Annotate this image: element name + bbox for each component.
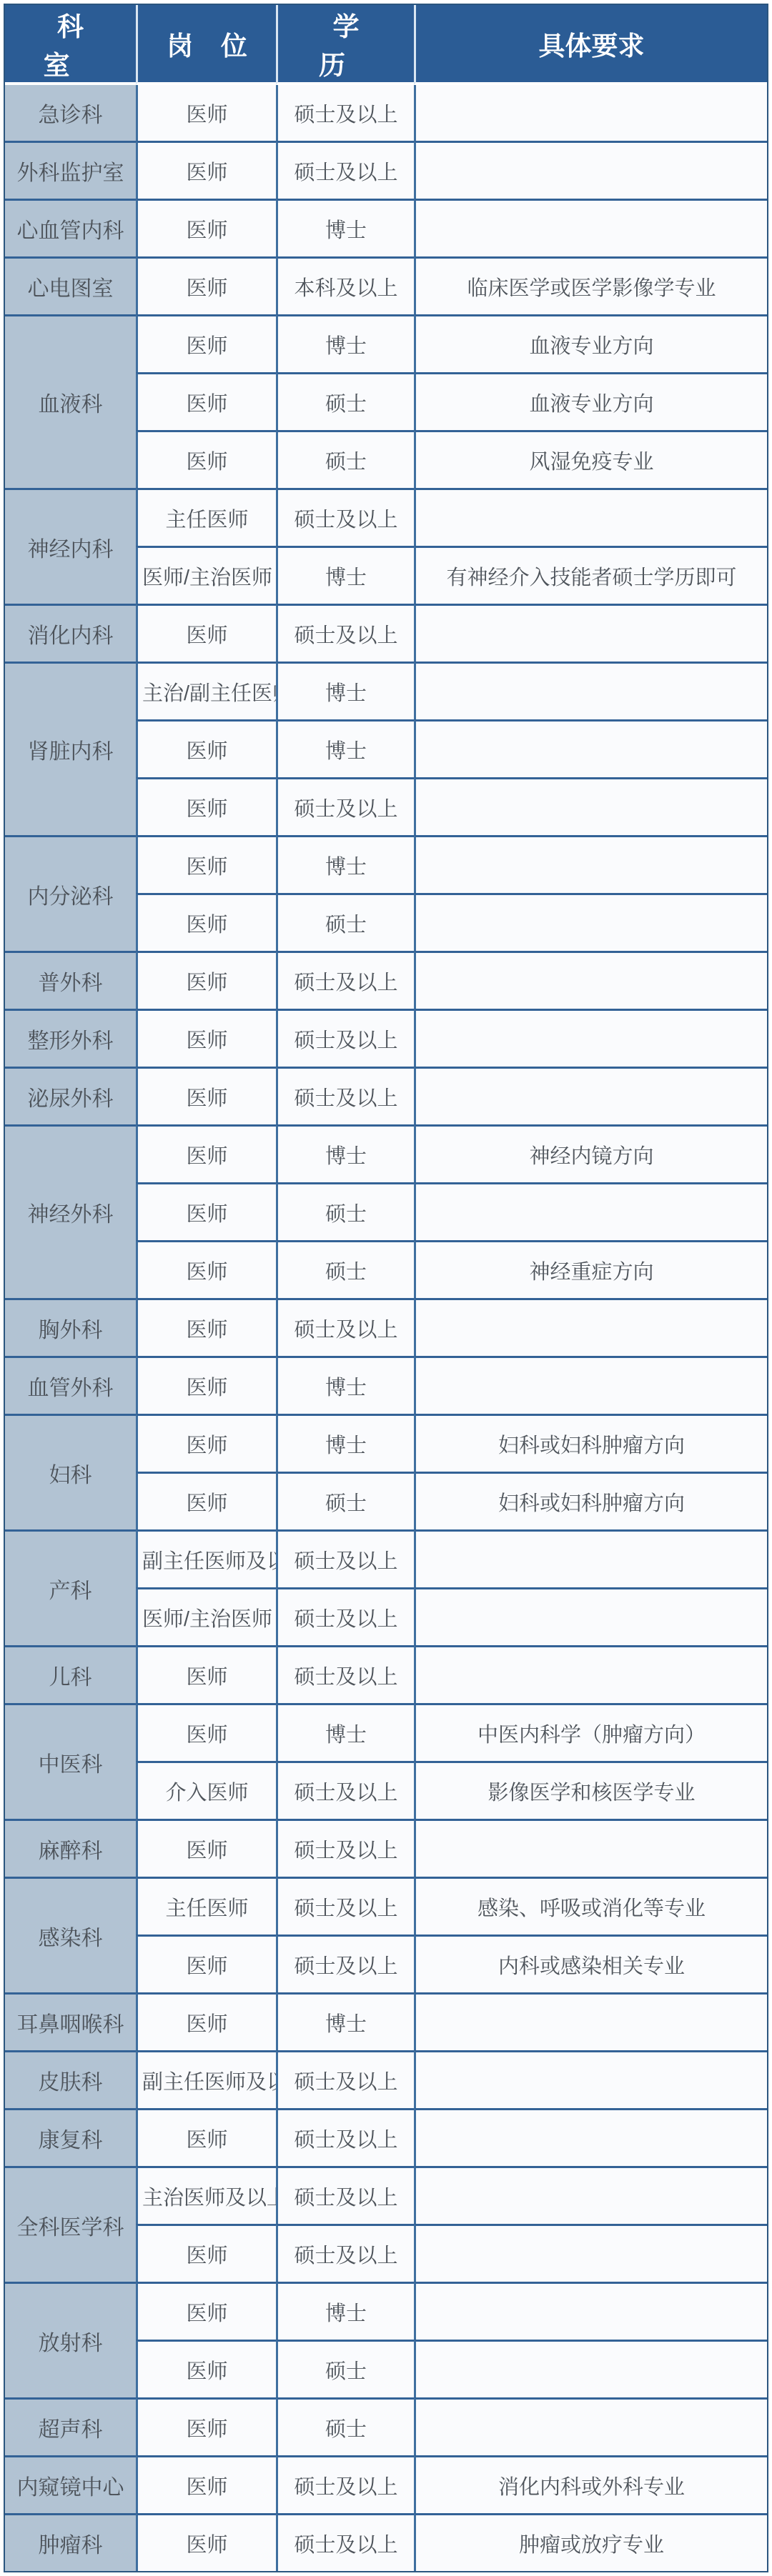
position-cell: 副主任医师及以上	[136, 1529, 276, 1587]
table-row: 神经内科主任医师硕士及以上	[5, 488, 767, 546]
table-header: 科室 岗位 学历 具体要求	[5, 5, 767, 85]
table-row: 感染科主任医师硕士及以上感染、呼吸或消化等专业	[5, 1877, 767, 1935]
degree-cell: 硕士及以上	[276, 1298, 414, 1356]
requirement-cell: 妇科或妇科肿瘤方向	[414, 1472, 767, 1529]
degree-cell: 硕士及以上	[276, 1067, 414, 1124]
requirement-cell	[414, 1992, 767, 2050]
table-row: 内分泌科医师博士	[5, 835, 767, 893]
header-department: 科室	[5, 5, 136, 85]
department-cell: 神经外科	[5, 1124, 136, 1298]
position-cell: 医师	[136, 893, 276, 951]
degree-cell: 硕士及以上	[276, 951, 414, 1009]
table-row: 麻醉科医师硕士及以上	[5, 1819, 767, 1877]
requirement-cell	[414, 2108, 767, 2166]
department-cell: 肾脏内科	[5, 662, 136, 835]
requirement-cell	[414, 85, 767, 141]
degree-cell: 博士	[276, 1356, 414, 1414]
table-row: 妇科医师博士妇科或妇科肿瘤方向	[5, 1414, 767, 1472]
department-cell: 康复科	[5, 2108, 136, 2166]
degree-cell: 硕士及以上	[276, 488, 414, 546]
requirement-cell	[414, 1009, 767, 1067]
position-cell: 医师	[136, 256, 276, 314]
degree-cell: 硕士及以上	[276, 1877, 414, 1935]
table-row: 消化内科医师硕士及以上	[5, 604, 767, 662]
position-cell: 医师	[136, 1645, 276, 1703]
degree-cell: 硕士及以上	[276, 2513, 414, 2571]
position-cell: 医师	[136, 314, 276, 372]
requirement-cell: 神经重症方向	[414, 1240, 767, 1298]
position-cell: 医师	[136, 1472, 276, 1529]
table-row: 儿科医师硕士及以上	[5, 1645, 767, 1703]
degree-cell: 硕士及以上	[276, 2050, 414, 2108]
position-cell: 医师	[136, 835, 276, 893]
requirement-cell	[414, 662, 767, 719]
requirement-cell: 内科或感染相关专业	[414, 1935, 767, 1992]
position-cell: 医师	[136, 141, 276, 199]
requirement-cell	[414, 719, 767, 777]
requirement-cell	[414, 1182, 767, 1240]
requirement-cell: 血液专业方向	[414, 372, 767, 430]
requirement-cell: 消化内科或外科专业	[414, 2455, 767, 2513]
table-row: 皮肤科副主任医师及以上硕士及以上	[5, 2050, 767, 2108]
position-cell: 医师	[136, 2108, 276, 2166]
position-cell: 主任医师	[136, 1877, 276, 1935]
position-cell: 医师	[136, 1414, 276, 1472]
header-requirement: 具体要求	[414, 5, 767, 85]
requirement-cell	[414, 1645, 767, 1703]
table-row: 放射科医师博士	[5, 2282, 767, 2340]
position-cell: 医师	[136, 1067, 276, 1124]
table-row: 全科医学科主治医师及以上硕士及以上	[5, 2166, 767, 2224]
requirement-cell	[414, 1356, 767, 1414]
position-cell: 医师	[136, 604, 276, 662]
degree-cell: 博士	[276, 662, 414, 719]
degree-cell: 博士	[276, 2282, 414, 2340]
degree-cell: 硕士及以上	[276, 1761, 414, 1819]
degree-cell: 博士	[276, 546, 414, 604]
position-cell: 医师	[136, 2282, 276, 2340]
department-cell: 肿瘤科	[5, 2513, 136, 2571]
table-row: 神经外科医师博士神经内镜方向	[5, 1124, 767, 1182]
position-cell: 医师	[136, 2513, 276, 2571]
position-cell: 医师	[136, 2455, 276, 2513]
department-cell: 消化内科	[5, 604, 136, 662]
requirement-cell	[414, 604, 767, 662]
table-row: 产科副主任医师及以上硕士及以上	[5, 1529, 767, 1587]
degree-cell: 博士	[276, 835, 414, 893]
degree-cell: 博士	[276, 314, 414, 372]
position-cell: 主治/副主任医师	[136, 662, 276, 719]
degree-cell: 博士	[276, 1124, 414, 1182]
degree-cell: 硕士及以上	[276, 1587, 414, 1645]
department-cell: 血液科	[5, 314, 136, 488]
requirement-cell: 临床医学或医学影像学专业	[414, 256, 767, 314]
requirement-cell: 有神经介入技能者硕士学历即可	[414, 546, 767, 604]
position-cell: 主治医师及以上	[136, 2166, 276, 2224]
header-position: 岗位	[136, 5, 276, 85]
position-cell: 医师	[136, 777, 276, 835]
department-cell: 放射科	[5, 2282, 136, 2397]
degree-cell: 硕士及以上	[276, 2224, 414, 2282]
degree-cell: 硕士及以上	[276, 604, 414, 662]
degree-cell: 博士	[276, 1992, 414, 2050]
position-cell: 医师	[136, 1819, 276, 1877]
requirement-cell	[414, 777, 767, 835]
degree-cell: 硕士及以上	[276, 2455, 414, 2513]
department-cell: 神经内科	[5, 488, 136, 604]
table-row: 整形外科医师硕士及以上	[5, 1009, 767, 1067]
department-cell: 急诊科	[5, 85, 136, 141]
requirement-cell: 神经内镜方向	[414, 1124, 767, 1182]
degree-cell: 博士	[276, 1703, 414, 1761]
degree-cell: 硕士	[276, 893, 414, 951]
requirement-cell	[414, 893, 767, 951]
requirement-cell: 中医内科学（肿瘤方向）	[414, 1703, 767, 1761]
degree-cell: 硕士及以上	[276, 2166, 414, 2224]
degree-cell: 硕士及以上	[276, 1935, 414, 1992]
position-cell: 医师	[136, 2224, 276, 2282]
header-degree: 学历	[276, 5, 414, 85]
requirement-cell: 肿瘤或放疗专业	[414, 2513, 767, 2571]
position-cell: 医师	[136, 1356, 276, 1414]
position-cell: 副主任医师及以上	[136, 2050, 276, 2108]
table-row: 普外科医师硕士及以上	[5, 951, 767, 1009]
position-cell: 医师/主治医师	[136, 546, 276, 604]
degree-cell: 硕士及以上	[276, 85, 414, 141]
degree-cell: 硕士及以上	[276, 1009, 414, 1067]
position-cell: 医师	[136, 2340, 276, 2397]
department-cell: 耳鼻咽喉科	[5, 1992, 136, 2050]
department-cell: 皮肤科	[5, 2050, 136, 2108]
table-row: 心电图室医师本科及以上临床医学或医学影像学专业	[5, 256, 767, 314]
department-cell: 全科医学科	[5, 2166, 136, 2282]
table-body: 急诊科医师硕士及以上外科监护室医师硕士及以上心血管内科医师博士心电图室医师本科及…	[5, 85, 767, 2571]
table-row: 康复科医师硕士及以上	[5, 2108, 767, 2166]
position-cell: 医师	[136, 1009, 276, 1067]
requirement-cell	[414, 488, 767, 546]
department-cell: 整形外科	[5, 1009, 136, 1067]
department-cell: 血管外科	[5, 1356, 136, 1414]
department-cell: 普外科	[5, 951, 136, 1009]
requirement-cell	[414, 1067, 767, 1124]
position-cell: 医师	[136, 1992, 276, 2050]
table-row: 肾脏内科主治/副主任医师博士	[5, 662, 767, 719]
position-cell: 医师	[136, 85, 276, 141]
recruitment-table: 科室 岗位 学历 具体要求 急诊科医师硕士及以上外科监护室医师硕士及以上心血管内…	[5, 5, 767, 2571]
requirement-cell	[414, 141, 767, 199]
requirement-cell	[414, 1587, 767, 1645]
recruitment-table-wrapper: 科室 岗位 学历 具体要求 急诊科医师硕士及以上外科监护室医师硕士及以上心血管内…	[4, 4, 768, 2572]
table-row: 胸外科医师硕士及以上	[5, 1298, 767, 1356]
requirement-cell	[414, 1529, 767, 1587]
degree-cell: 硕士及以上	[276, 1645, 414, 1703]
requirement-cell	[414, 1298, 767, 1356]
department-cell: 麻醉科	[5, 1819, 136, 1877]
department-cell: 儿科	[5, 1645, 136, 1703]
degree-cell: 硕士	[276, 2397, 414, 2455]
degree-cell: 硕士	[276, 1472, 414, 1529]
department-cell: 感染科	[5, 1877, 136, 1992]
position-cell: 医师	[136, 2397, 276, 2455]
department-cell: 超声科	[5, 2397, 136, 2455]
table-row: 肿瘤科医师硕士及以上肿瘤或放疗专业	[5, 2513, 767, 2571]
requirement-cell: 风湿免疫专业	[414, 430, 767, 488]
department-cell: 妇科	[5, 1414, 136, 1529]
degree-cell: 博士	[276, 1414, 414, 1472]
requirement-cell: 妇科或妇科肿瘤方向	[414, 1414, 767, 1472]
degree-cell: 博士	[276, 719, 414, 777]
position-cell: 医师	[136, 1703, 276, 1761]
position-cell: 医师	[136, 1124, 276, 1182]
department-cell: 胸外科	[5, 1298, 136, 1356]
degree-cell: 硕士及以上	[276, 1819, 414, 1877]
position-cell: 医师	[136, 951, 276, 1009]
department-cell: 泌尿外科	[5, 1067, 136, 1124]
department-cell: 内分泌科	[5, 835, 136, 951]
requirement-cell	[414, 2166, 767, 2224]
degree-cell: 硕士	[276, 1240, 414, 1298]
table-row: 心血管内科医师博士	[5, 199, 767, 256]
degree-cell: 硕士	[276, 1182, 414, 1240]
department-cell: 产科	[5, 1529, 136, 1645]
table-row: 内窥镜中心医师硕士及以上消化内科或外科专业	[5, 2455, 767, 2513]
requirement-cell	[414, 2397, 767, 2455]
degree-cell: 硕士及以上	[276, 777, 414, 835]
requirement-cell	[414, 2340, 767, 2397]
table-row: 超声科医师硕士	[5, 2397, 767, 2455]
degree-cell: 硕士	[276, 372, 414, 430]
position-cell: 医师	[136, 1935, 276, 1992]
requirement-cell	[414, 2224, 767, 2282]
department-cell: 中医科	[5, 1703, 136, 1819]
position-cell: 医师	[136, 1298, 276, 1356]
position-cell: 医师/主治医师	[136, 1587, 276, 1645]
requirement-cell	[414, 199, 767, 256]
position-cell: 医师	[136, 1240, 276, 1298]
department-cell: 内窥镜中心	[5, 2455, 136, 2513]
requirement-cell	[414, 2282, 767, 2340]
degree-cell: 硕士及以上	[276, 141, 414, 199]
degree-cell: 硕士	[276, 430, 414, 488]
requirement-cell	[414, 951, 767, 1009]
table-row: 泌尿外科医师硕士及以上	[5, 1067, 767, 1124]
requirement-cell	[414, 1819, 767, 1877]
department-cell: 心血管内科	[5, 199, 136, 256]
department-cell: 心电图室	[5, 256, 136, 314]
degree-cell: 硕士	[276, 2340, 414, 2397]
degree-cell: 博士	[276, 199, 414, 256]
table-row: 中医科医师博士中医内科学（肿瘤方向）	[5, 1703, 767, 1761]
position-cell: 医师	[136, 1182, 276, 1240]
table-row: 血液科医师博士血液专业方向	[5, 314, 767, 372]
position-cell: 主任医师	[136, 488, 276, 546]
table-row: 血管外科医师博士	[5, 1356, 767, 1414]
requirement-cell	[414, 2050, 767, 2108]
position-cell: 医师	[136, 719, 276, 777]
table-row: 外科监护室医师硕士及以上	[5, 141, 767, 199]
position-cell: 介入医师	[136, 1761, 276, 1819]
requirement-cell: 血液专业方向	[414, 314, 767, 372]
degree-cell: 本科及以上	[276, 256, 414, 314]
degree-cell: 硕士及以上	[276, 1529, 414, 1587]
position-cell: 医师	[136, 430, 276, 488]
department-cell: 外科监护室	[5, 141, 136, 199]
requirement-cell: 影像医学和核医学专业	[414, 1761, 767, 1819]
degree-cell: 硕士及以上	[276, 2108, 414, 2166]
requirement-cell	[414, 835, 767, 893]
position-cell: 医师	[136, 372, 276, 430]
position-cell: 医师	[136, 199, 276, 256]
table-row: 急诊科医师硕士及以上	[5, 85, 767, 141]
requirement-cell: 感染、呼吸或消化等专业	[414, 1877, 767, 1935]
table-row: 耳鼻咽喉科医师博士	[5, 1992, 767, 2050]
